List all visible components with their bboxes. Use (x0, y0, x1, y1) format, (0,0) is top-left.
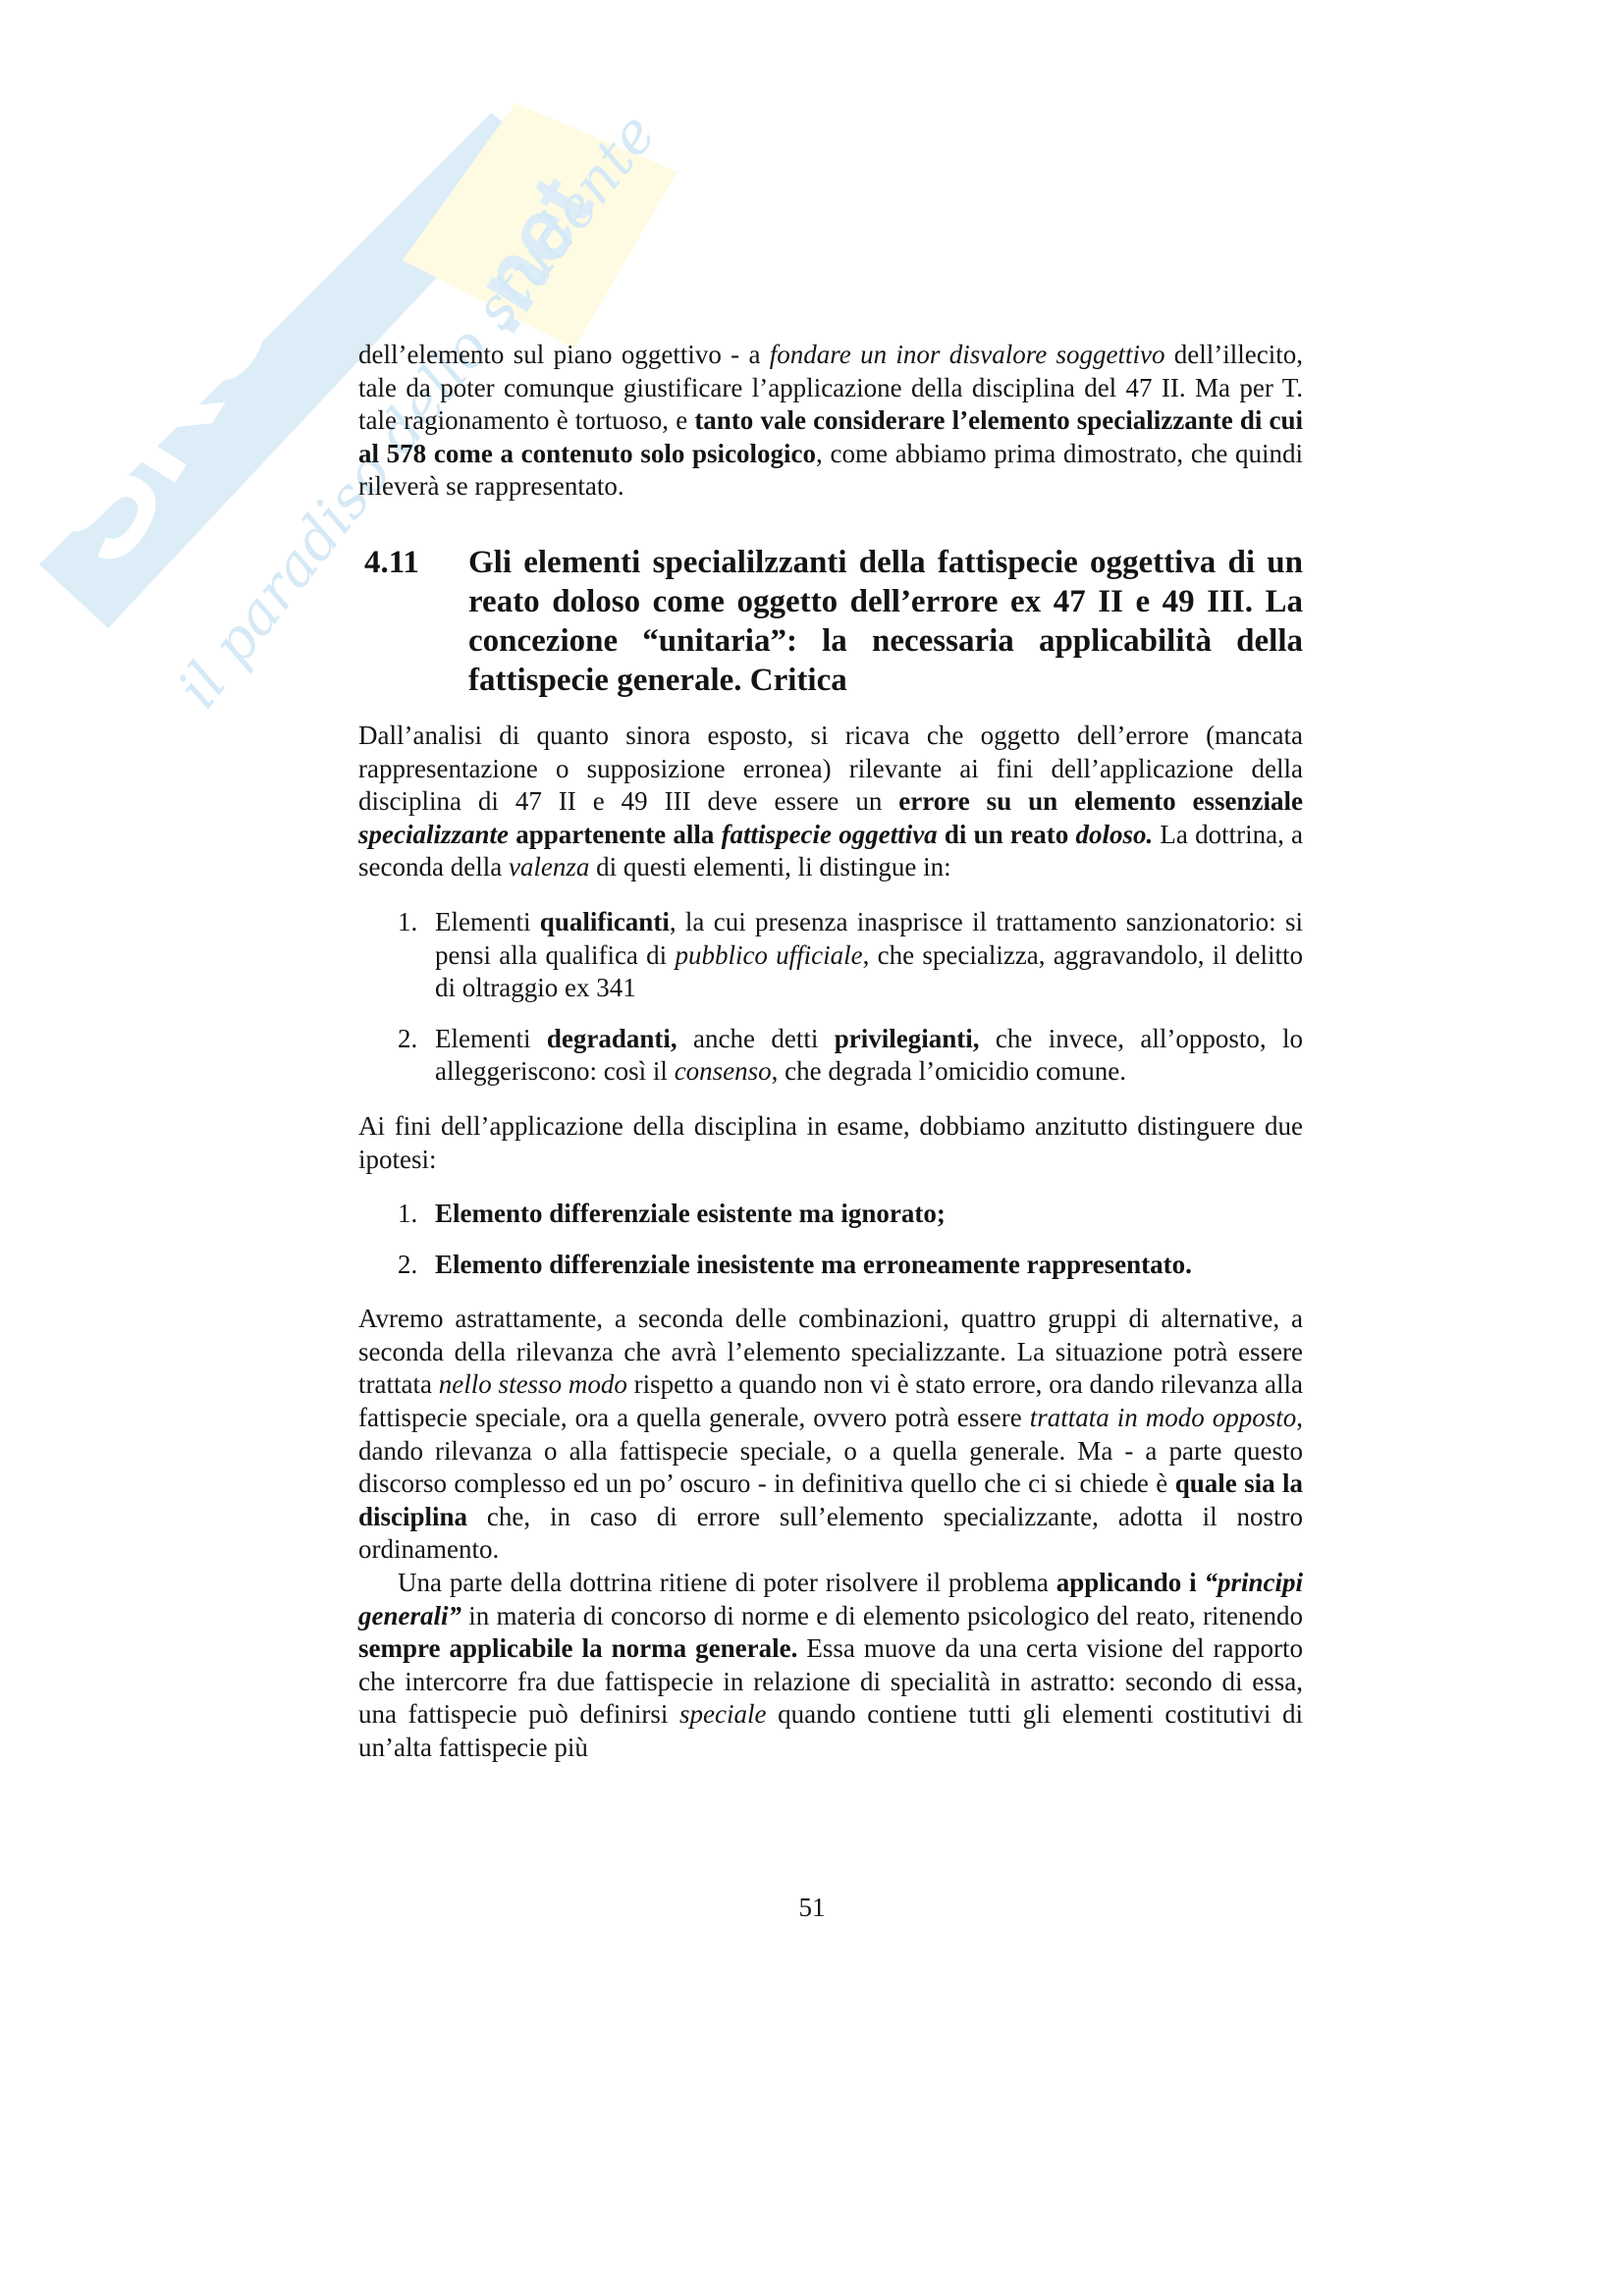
list-marker: 1. (398, 1198, 417, 1231)
page-number: 51 (0, 1893, 1624, 1923)
italic-run: fondare un inor disvalore soggettivo (770, 340, 1165, 369)
bold-run: errore su un elemento essenziale (898, 786, 1303, 816)
text-run: che, in caso di errore sull’elemento spe… (358, 1502, 1303, 1565)
list-item: 2.Elementi degradanti, anche detti privi… (358, 1023, 1303, 1089)
list-marker: 2. (398, 1023, 417, 1056)
bold-run: applicando i (1056, 1568, 1205, 1597)
bold-run: privilegianti, (835, 1024, 980, 1053)
italic-run: speciale (679, 1699, 766, 1729)
text-run: dell’elemento sul piano oggettivo - a (358, 340, 770, 369)
text-run: di questi elementi, li distingue in: (589, 852, 950, 881)
list-item: 2.Elemento differenziale inesistente ma … (358, 1249, 1303, 1282)
italic-run: nello stesso modo (439, 1369, 627, 1399)
italic-run: consenso (675, 1056, 772, 1086)
bold-run: Elemento differenziale esistente ma igno… (435, 1199, 946, 1228)
hypotheses-list: 1.Elemento differenziale esistente ma ig… (358, 1198, 1303, 1281)
bold-run: degradanti, (547, 1024, 677, 1053)
bold-italic-run: specializzante (358, 820, 509, 849)
bold-italic-run: fattispecie oggettiva (722, 820, 938, 849)
bold-run: Elemento differenziale inesistente ma er… (435, 1250, 1192, 1279)
text-run: Elementi (435, 907, 540, 936)
list-marker: 2. (398, 1249, 417, 1282)
text-run: anche detti (677, 1024, 835, 1053)
section-title: Gli elementi specialilzzanti della fatti… (468, 543, 1303, 700)
intro-paragraph: dell’elemento sul piano oggettivo - a fo… (358, 339, 1303, 504)
section-number: 4.11 (364, 543, 419, 582)
bold-run: di un reato (938, 820, 1076, 849)
bold-run: appartenente alla (509, 820, 722, 849)
text-run: Elementi (435, 1024, 547, 1053)
text-run: in materia di concorso di norme e di ele… (461, 1601, 1303, 1630)
list-item: 1.Elemento differenziale esistente ma ig… (358, 1198, 1303, 1231)
bold-italic-run: doloso. (1075, 820, 1153, 849)
list-marker: 1. (398, 906, 417, 939)
list-item: 1.Elementi qualificanti, la cui presenza… (358, 906, 1303, 1005)
document-page: dell’elemento sul piano oggettivo - a fo… (358, 339, 1303, 1765)
section-heading: 4.11 Gli elementi specialilzzanti della … (358, 543, 1303, 700)
text-run: , che degrada l’omicidio comune. (772, 1056, 1126, 1086)
watermark-net-card (403, 103, 677, 348)
italic-run: trattata in modo opposto (1030, 1403, 1297, 1432)
italic-run: pubblico ufficiale (675, 940, 862, 970)
watermark-tld-text: .net (442, 160, 612, 349)
italic-run: valenza (509, 852, 589, 881)
text-run: Una parte della dottrina ritiene di pote… (398, 1568, 1056, 1597)
elements-list: 1.Elementi qualificanti, la cui presenza… (358, 906, 1303, 1089)
bold-run: sempre applicabile la norma generale. (358, 1633, 797, 1663)
bold-run: qualificanti (540, 907, 670, 936)
paragraph-4: Avremo astrattamente, a seconda delle co… (358, 1303, 1303, 1567)
paragraph-5: Una parte della dottrina ritiene di pote… (358, 1567, 1303, 1765)
paragraph-3: Ai fini dell’applicazione della discipli… (358, 1110, 1303, 1176)
paragraph-2: Dall’analisi di quanto sinora esposto, s… (358, 720, 1303, 884)
